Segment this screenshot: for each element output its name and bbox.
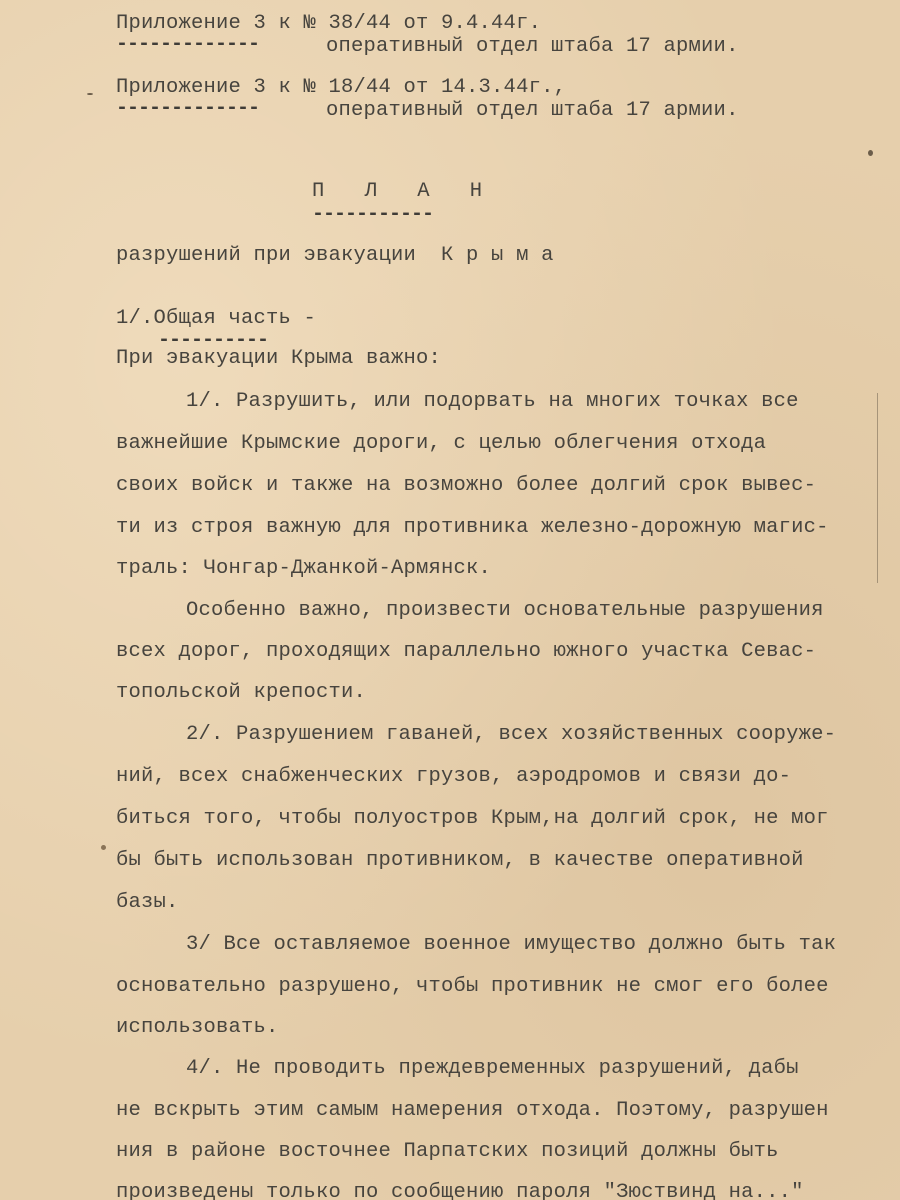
annex-1-line: Приложение 3 к № 38/44 от 9.4.44г. <box>116 12 541 35</box>
body-line: важнейшие Крымские дороги, с целью облег… <box>116 432 766 455</box>
ink-mark <box>87 93 93 95</box>
plan-heading-underline: ----------- <box>312 203 433 226</box>
body-line: 4/. Не проводить преждевременных разруше… <box>186 1057 799 1080</box>
body-line: не вскрыть этим самым намерения отхода. … <box>116 1099 829 1122</box>
margin-pencil-line <box>877 393 878 583</box>
annex-2-line: Приложение 3 к № 18/44 от 14.3.44г., <box>116 76 566 99</box>
body-line: биться того, чтобы полуостров Крым,на до… <box>116 807 829 830</box>
section-1-intro: При эвакуации Крыма важно: <box>116 347 441 370</box>
annex-2-department: оперативный отдел штаба 17 армии. <box>326 99 739 122</box>
annex-2-dashes: ------------- <box>116 97 259 120</box>
body-line: 2/. Разрушением гаваней, всех хозяйствен… <box>186 723 836 746</box>
body-line: траль: Чонгар-Джанкой-Армянск. <box>116 557 491 580</box>
body-line: топольской крепости. <box>116 681 366 704</box>
body-line: ний, всех снабженческих грузов, аэродром… <box>116 765 791 788</box>
annex-1-department: оперативный отдел штаба 17 армии. <box>326 35 739 58</box>
body-line: бы быть использован противником, в качес… <box>116 849 804 872</box>
body-line: ния в районе восточнее Парпатских позици… <box>116 1140 779 1163</box>
body-line: своих войск и также на возможно более до… <box>116 474 816 497</box>
body-line: использовать. <box>116 1016 279 1039</box>
section-1-heading: 1/.Общая часть - <box>116 307 316 330</box>
body-line: всех дорог, проходящих параллельно южног… <box>116 640 816 663</box>
ink-spot <box>101 845 106 850</box>
body-line: основательно разрушено, чтобы противник … <box>116 975 829 998</box>
body-line: произведены только по сообщению пароля "… <box>116 1181 804 1200</box>
body-line: 3/ Все оставляемое военное имущество дол… <box>186 933 836 956</box>
plan-heading: П Л А Н <box>312 180 496 203</box>
body-line: базы. <box>116 891 179 914</box>
body-line: 1/. Разрушить, или подорвать на многих т… <box>186 390 799 413</box>
body-line: ти из строя важную для противника железн… <box>116 516 829 539</box>
ink-spot <box>868 150 873 156</box>
annex-1-dashes: ------------- <box>116 33 259 56</box>
plan-subtitle: разрушений при эвакуации К р ы м а <box>116 244 554 267</box>
document-page: Приложение 3 к № 38/44 от 9.4.44г. -----… <box>0 0 900 1200</box>
body-line: Особенно важно, произвести основательные… <box>186 599 824 622</box>
